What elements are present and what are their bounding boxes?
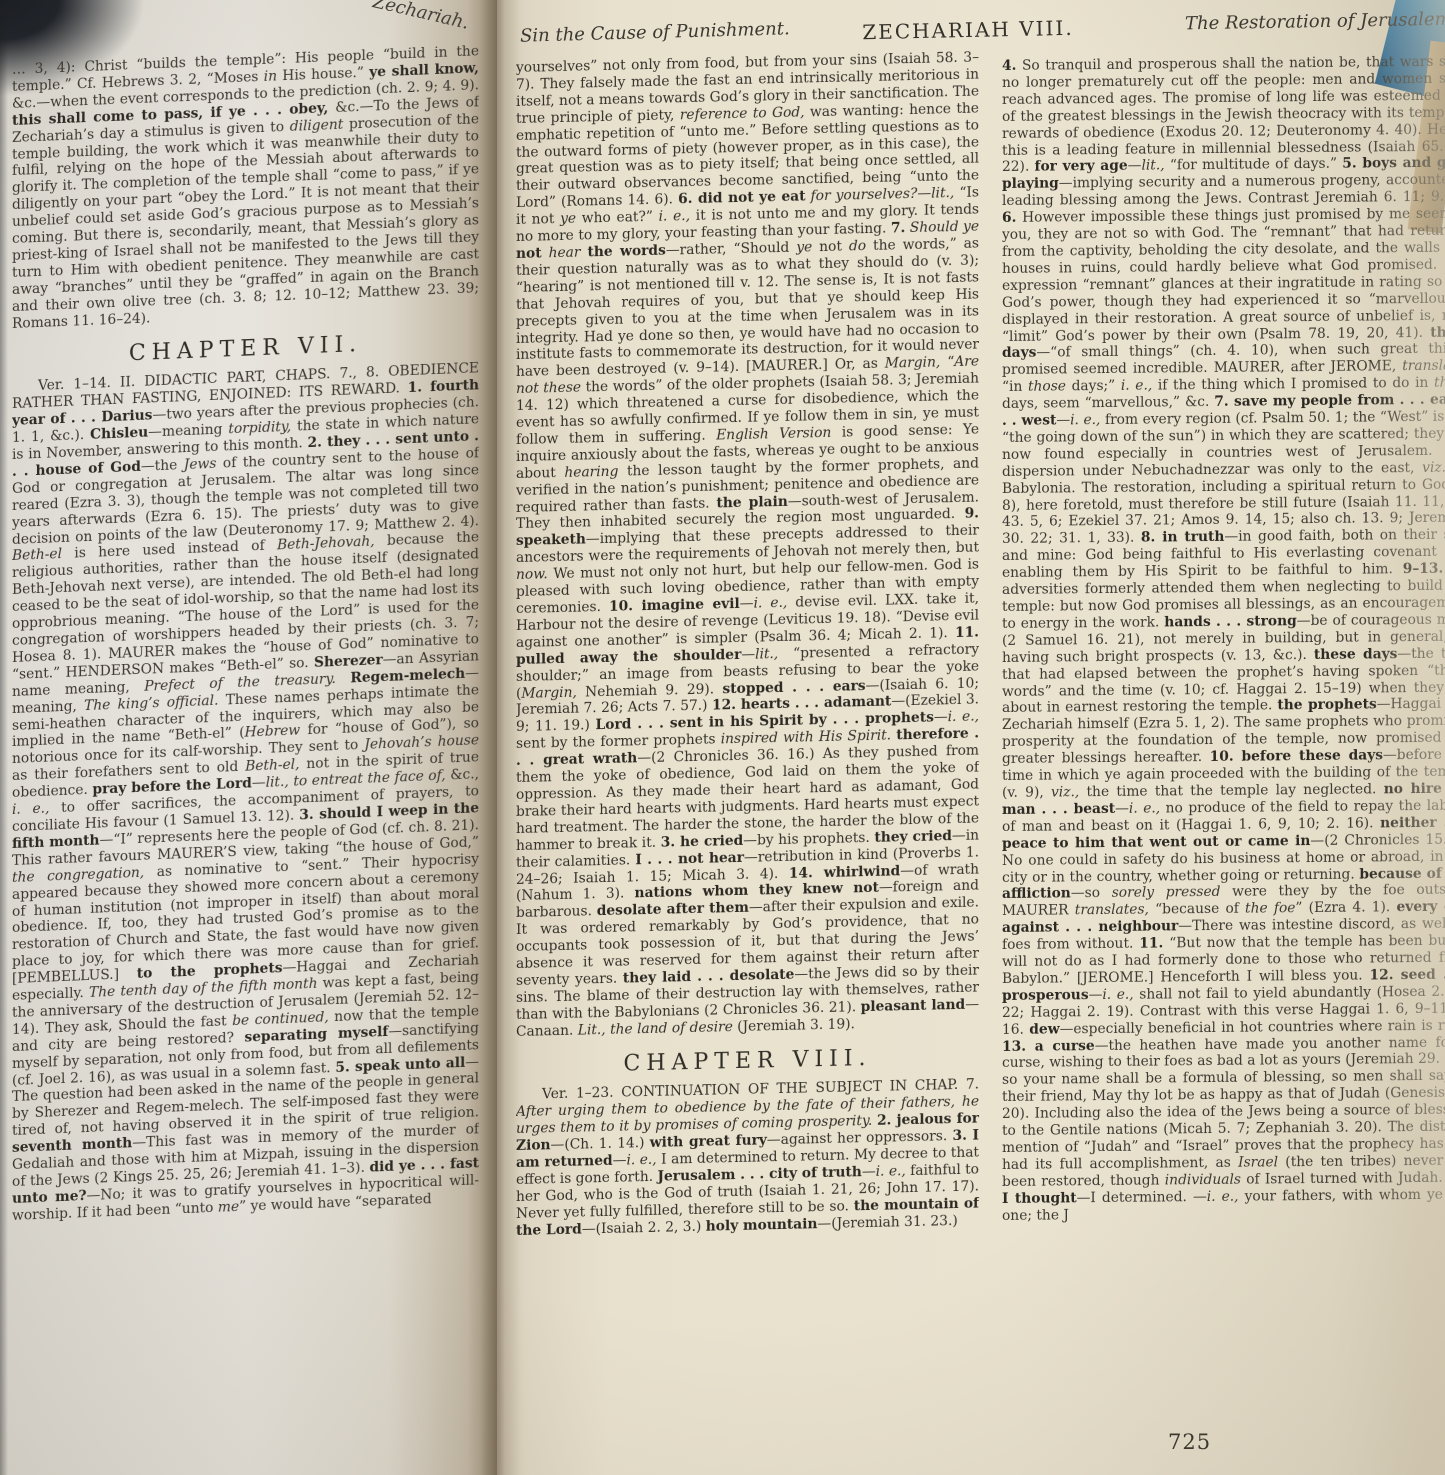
paragraph: 4. So tranquil and prosperous shall the … (1002, 53, 1445, 1224)
paragraph: … 3, 4): Christ “builds the temple”: His… (12, 43, 479, 332)
paragraph: yourselves” not only from food, but from… (516, 49, 979, 1040)
chapter-heading: CHAPTER VIII. (516, 1048, 979, 1075)
paragraph: Ver. 1–14. II. DIDACTIC PART, CHAPS. 7.,… (12, 361, 479, 1225)
book-photo: { "colors":{"paper_right":"#e8e1ce","pap… (0, 0, 1445, 1475)
running-head-right: The Restoration of Jerusalem. (1185, 9, 1445, 35)
chapter-heading: CHAPTER VII. (12, 332, 479, 368)
right-text-column: 4. So tranquil and prosperous shall the … (1002, 53, 1445, 1426)
paragraph: Ver. 1–23. CONTINUATION OF THE SUBJECT I… (516, 1077, 979, 1240)
left-text-column: … 3, 4): Christ “builds the temple”: His… (12, 43, 479, 1470)
page-number: 725 (1168, 1430, 1211, 1454)
middle-text-column: yourselves” not only from food, but from… (516, 49, 979, 1474)
